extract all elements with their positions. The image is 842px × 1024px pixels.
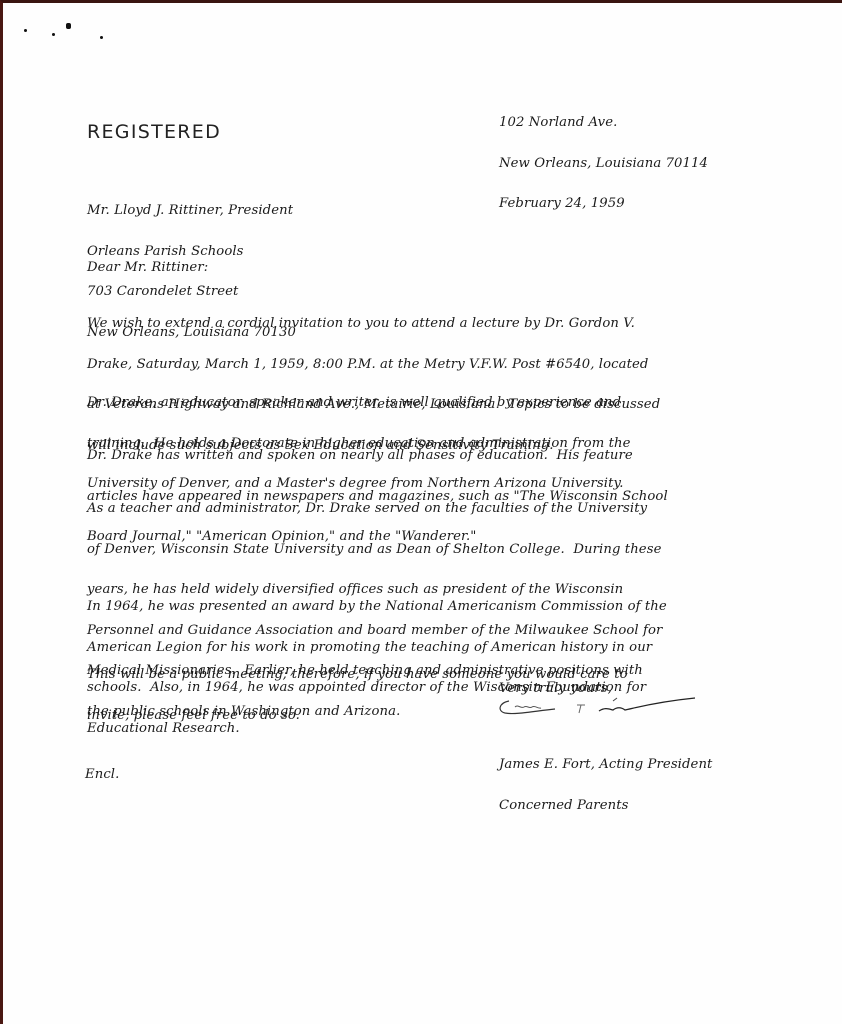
signer-block: James E. Fort, Acting President Concerne… bbox=[499, 731, 712, 839]
paragraph-line: As a teacher and administrator, Dr. Drak… bbox=[87, 502, 662, 516]
enclosure-note: Encl. bbox=[85, 768, 119, 782]
registered-stamp: REGISTERED bbox=[87, 121, 221, 143]
paragraph-line: Dr. Drake, an educator, speaker and writ… bbox=[87, 396, 631, 410]
salutation: Dear Mr. Rittiner: bbox=[87, 261, 208, 275]
ink-speck bbox=[66, 23, 71, 29]
signature-icon bbox=[495, 693, 715, 723]
ink-speck bbox=[52, 33, 55, 36]
recipient-name: Mr. Lloyd J. Rittiner, President bbox=[87, 204, 296, 218]
signer-name-title: James E. Fort, Acting President bbox=[499, 758, 712, 772]
paragraph-line: This will be a public meeting; therefore… bbox=[87, 668, 628, 682]
signer-organization: Concerned Parents bbox=[499, 799, 712, 813]
sender-street: 102 Norland Ave. bbox=[499, 116, 708, 130]
paragraph-line: Dr. Drake has written and spoken on near… bbox=[87, 449, 668, 463]
recipient-org: Orleans Parish Schools bbox=[87, 245, 296, 259]
paragraph-line: In 1964, he was presented an award by th… bbox=[87, 600, 667, 614]
letter-page: REGISTERED 102 Norland Ave. New Orleans,… bbox=[0, 0, 842, 1024]
paragraph-line: We wish to extend a cordial invitation t… bbox=[87, 317, 660, 331]
letter-date: February 24, 1959 bbox=[499, 197, 708, 211]
sender-address: 102 Norland Ave. New Orleans, Louisiana … bbox=[499, 89, 708, 238]
ink-speck bbox=[100, 36, 103, 39]
ink-speck bbox=[24, 29, 27, 32]
sender-city: New Orleans, Louisiana 70114 bbox=[499, 157, 708, 171]
paragraph-line: of Denver, Wisconsin State University an… bbox=[87, 543, 662, 557]
